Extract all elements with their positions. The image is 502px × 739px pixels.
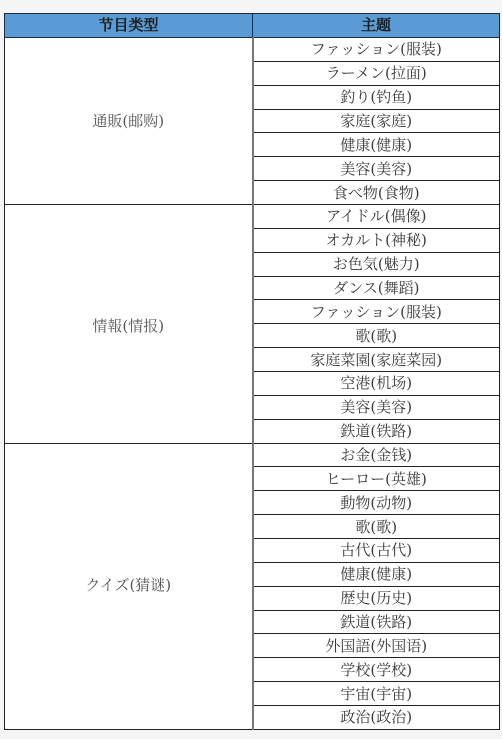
topic-cell: オカルト(神秘) [253,228,500,252]
topic-cell: 政治(政治) [253,706,500,730]
topic-cell: ファッション(服装) [253,38,500,62]
topic-cell: 学校(学校) [253,658,500,682]
program-topic-table: 节目类型 主题 通販(邮购) ファッション(服装) ラーメン(拉面) 釣り(钓鱼… [4,13,500,730]
header-program-type: 节目类型 [5,14,253,38]
program-topic-table-container: 节目类型 主题 通販(邮购) ファッション(服装) ラーメン(拉面) 釣り(钓鱼… [4,13,499,730]
header-topic: 主题 [253,14,500,38]
topic-cell: ダンス(舞蹈) [253,276,500,300]
topic-cell: ヒーロー(英雄) [253,467,500,491]
topic-cell: 美容(美容) [253,157,500,181]
topic-cell: 釣り(钓鱼) [253,85,500,109]
topic-cell: 歌(歌) [253,324,500,348]
topic-cell: 美容(美容) [253,395,500,419]
topic-cell: 歌(歌) [253,515,500,539]
topic-cell: お金(金钱) [253,443,500,467]
header-row: 节目类型 主题 [5,14,500,38]
category-cell-quiz: クイズ(猜谜) [5,443,253,729]
topic-cell: 動物(动物) [253,491,500,515]
table-row: 通販(邮购) ファッション(服装) [5,38,500,62]
category-label: 情報(情报) [5,205,252,337]
topic-cell: 古代(古代) [253,539,500,563]
topic-cell: 食べ物(食物) [253,181,500,205]
topic-cell: アイドル(偶像) [253,205,500,229]
topic-cell: お色気(魅力) [253,252,500,276]
topic-cell: 外国語(外国语) [253,634,500,658]
table-row: クイズ(猜谜) お金(金钱) [5,443,500,467]
topic-cell: 空港(机场) [253,372,500,396]
topic-cell: 家庭菜園(家庭菜园) [253,348,500,372]
category-cell-information: 情報(情报) [5,205,253,444]
category-label: クイズ(猜谜) [5,444,252,596]
topic-cell: 宇宙(宇宙) [253,682,500,706]
topic-cell: ファッション(服装) [253,300,500,324]
topic-cell: 家庭(家庭) [253,109,500,133]
category-label: 通販(邮购) [5,38,252,132]
topic-cell: 健康(健康) [253,562,500,586]
topic-cell: 鉄道(铁路) [253,610,500,634]
topic-cell: 健康(健康) [253,133,500,157]
topic-cell: 鉄道(铁路) [253,419,500,443]
category-cell-mail-order: 通販(邮购) [5,38,253,205]
topic-cell: 歴史(历史) [253,586,500,610]
topic-cell: ラーメン(拉面) [253,61,500,85]
table-row: 情報(情报) アイドル(偶像) [5,205,500,229]
